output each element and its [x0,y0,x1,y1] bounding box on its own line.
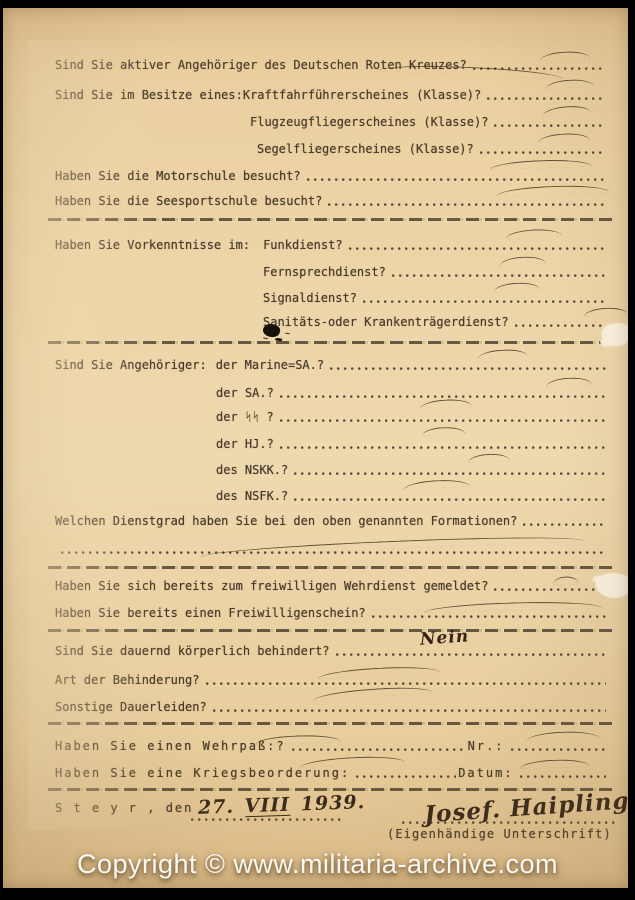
question-label: der HJ.? [216,436,274,452]
dotted-answer-line [372,614,606,619]
dotted-answer-line [307,177,606,182]
dotted-answer-line [292,747,466,752]
question-sonstige-dauerleiden: Sonstige Dauerleiden? [55,699,608,715]
question-label: Segelfliegerscheines (Klasse)? [257,141,474,157]
date-month: VIII [244,797,290,818]
dotted-answer-line [494,587,606,592]
handwritten-answer-nein: Nein [419,626,469,649]
place-label: S t e y r , den [55,800,193,816]
dotted-answer-line [336,652,606,657]
dotted-answer-line [206,681,607,686]
dotted-answer-line [280,394,606,399]
question-segelfliegerschein: Segelfliegerscheines (Klasse)? [257,141,608,157]
dotted-answer-line [280,445,606,450]
question-koerperlich-behindert: Sind Sie dauernd körperlich behindert? [55,643,608,659]
question-vorkenntnisse-funkdienst: Haben Sie Vorkenntnisse im: Funkdienst? [55,237,608,253]
dotted-answer-line [349,246,606,251]
signature-caption: (Eigenhändige Unterschrift) [387,827,612,841]
question-label: Fernsprechdienst? [263,264,386,280]
question-nsfk: des NSFK.? [216,488,608,504]
dotted-answer-line [294,471,606,476]
question-marine-sa: Sind Sie Angehöriger: der Marine=SA.? [55,357,608,373]
question-label: Sonstige Dauerleiden? [55,699,207,715]
question-hj: der HJ.? [216,436,608,452]
question-label: Haben Sie Vorkenntnisse im: [55,237,250,253]
section-divider [48,218,612,221]
dotted-answer-line [392,273,606,278]
watermark: Copyright © www.militaria-archive.com [0,849,635,880]
question-sub-label: der Marine=SA.? [216,357,324,373]
dotted-answer-line [494,123,606,128]
question-fernsprechdienst: Fernsprechdienst? [263,264,608,280]
place-date-line: S t e y r , den [55,800,215,816]
section-divider [48,629,612,632]
dotted-answer-line [294,497,606,502]
question-label: der ᛋᛋ ? [216,409,274,425]
question-flugzeugfliegerschein: Flugzeugfliegerscheines (Klasse)? [250,114,608,130]
dotted-answer-line [515,323,606,328]
question-label: Haben Sie bereits einen Freiwilligensche… [55,605,366,621]
section-divider [48,341,612,344]
dotted-answer-line [523,522,606,527]
question-kraftfahrfuehrerschein: Sind Sie im Besitze eines:Kraftfahrführe… [55,87,608,103]
question-label: Sanitäts-oder Krankenträgerdienst? [263,314,509,330]
question-mid-label: Datum: [458,765,513,781]
dotted-answer-line [363,299,606,304]
dotted-answer-line [487,96,606,101]
question-label: der SA.? [216,385,274,401]
question-label: des NSKK.? [216,462,288,478]
question-label: Haben Sie die Seesportschule besucht? [55,193,322,209]
section-divider [48,566,612,569]
question-signaldienst: Signaldienst? [263,290,608,306]
question-mid-label: Nr.: [468,738,505,754]
dotted-answer-line [511,747,606,752]
section-divider [48,722,612,725]
question-label: Sind Sie im Besitze eines:Kraftfahrführe… [55,87,481,103]
question-ss: der ᛋᛋ ? [216,409,608,425]
date-day: 27. [198,796,235,819]
question-label: Welchen Dienstgrad haben Sie bei den obe… [55,513,517,529]
question-label: des NSFK.? [216,488,288,504]
dotted-answer-line [213,708,606,713]
question-sub-label: Funkdienst? [263,237,342,253]
dotted-answer-line [520,774,606,779]
dotted-answer-line [328,202,606,207]
dotted-answer-line [480,150,606,155]
question-label: Haben Sie sich bereits zum freiwilligen … [55,578,488,594]
question-label: Signaldienst? [263,290,357,306]
question-nskk: des NSKK.? [216,462,608,478]
question-seesportschule: Haben Sie die Seesportschule besucht? [55,193,608,209]
question-label: Sind Sie dauernd körperlich behindert? [55,643,330,659]
question-label: Sind Sie Angehöriger: [55,357,207,373]
question-dienstgrad: Welchen Dienstgrad haben Sie bei den obe… [55,513,608,529]
dotted-answer-line [280,418,606,423]
document-photo: Sind Sie aktiver Angehöriger des Deutsch… [0,0,635,900]
question-label: Flugzeugfliegerscheines (Klasse)? [250,114,488,130]
dotted-answer-line [356,774,456,779]
dotted-answer-line [330,366,606,371]
question-wehrdienst-gemeldet: Haben Sie sich bereits zum freiwilligen … [55,578,608,594]
question-label: Art der Behinderung? [55,672,200,688]
question-label: Haben Sie die Motorschule besucht? [55,168,301,184]
section-divider [48,788,612,791]
question-label: Haben Sie einen Wehrpaß:? [55,738,286,754]
question-motorschule: Haben Sie die Motorschule besucht? [55,168,608,184]
date-year: 1939. [300,791,365,815]
question-sanitaetsdienst: Sanitäts-oder Krankenträgerdienst? [263,314,608,330]
question-sa: der SA.? [216,385,608,401]
